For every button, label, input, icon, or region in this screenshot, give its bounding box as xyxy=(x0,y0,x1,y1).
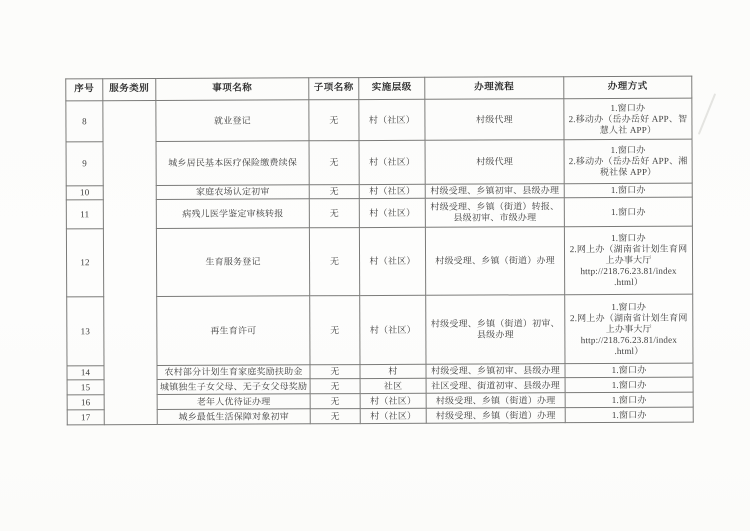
serial-cell: 14 xyxy=(67,366,104,380)
process-cell: 村级代理 xyxy=(425,99,564,141)
level-cell: 村（社区） xyxy=(360,393,426,408)
item-name-cell: 城镇独生子女父母、无子女父母奖励 xyxy=(157,379,310,395)
scanned-page: 序号 服务类别 事项名称 子项名称 实施层级 办理流程 办理方式 8 就业登记 … xyxy=(0,0,750,531)
process-cell: 村级受理、乡镇（街道）转报、 县级初审、市级办理 xyxy=(425,198,564,228)
level-cell: 村 xyxy=(360,364,426,378)
sub-item-cell: 无 xyxy=(310,365,360,379)
sub-item-cell: 无 xyxy=(310,409,360,424)
item-name-cell: 就业登记 xyxy=(156,100,309,142)
category-merged-cell xyxy=(103,100,157,424)
sub-item-cell: 无 xyxy=(309,199,359,228)
method-cell: 1.窗口办 xyxy=(565,407,693,423)
level-cell: 村（社区） xyxy=(359,198,425,227)
header-serial: 序号 xyxy=(66,79,103,101)
sub-item-cell: 无 xyxy=(309,100,359,141)
method-cell: 1.窗口办 xyxy=(565,377,693,393)
table-row: 8 就业登记 无 村（社区） 村级代理 1.窗口办 2.移动办（岳办岳好 APP… xyxy=(66,98,692,142)
scan-artifact-mark xyxy=(698,93,716,135)
serial-cell: 10 xyxy=(66,186,103,200)
serial-cell: 11 xyxy=(66,200,103,229)
process-cell: 村级受理、乡镇（街道）办理 xyxy=(426,408,565,424)
serial-cell: 16 xyxy=(67,395,104,410)
service-items-table: 序号 服务类别 事项名称 子项名称 实施层级 办理流程 办理方式 8 就业登记 … xyxy=(65,76,694,426)
method-cell: 1.窗口办 2.移动办（岳办岳好 APP、湘 税社保 APP） xyxy=(564,139,692,184)
serial-cell: 13 xyxy=(67,297,104,366)
table-row: 11 病残儿医学鉴定审核转报 无 村（社区） 村级受理、乡镇（街道）转报、 县级… xyxy=(66,197,692,229)
header-process-flow: 办理流程 xyxy=(425,77,564,100)
serial-cell: 8 xyxy=(66,101,103,142)
serial-cell: 12 xyxy=(66,229,103,297)
item-name-cell: 农村部分计划生育家庭奖励扶助金 xyxy=(157,365,310,380)
item-name-cell: 城乡居民基本医疗保险缴费续保 xyxy=(156,141,309,186)
method-cell: 1.窗口办 xyxy=(564,197,692,227)
item-name-cell: 再生育许可 xyxy=(157,296,310,366)
method-cell: 1.窗口办 2.网上办（湖南省计划生育网 上办事大厅 http://218.76… xyxy=(565,294,693,364)
level-cell: 村（社区） xyxy=(359,227,425,295)
method-cell: 1.窗口办 xyxy=(565,363,693,378)
method-cell: 1.窗口办 2.移动办（岳办岳好 APP、智 慧人社 APP） xyxy=(564,98,692,140)
table-row: 13 再生育许可 无 村（社区） 村级受理、乡镇（街道）初审、 县级办理 1.窗… xyxy=(67,294,693,366)
level-cell: 村（社区） xyxy=(359,99,425,140)
header-item-name: 事项名称 xyxy=(156,78,309,101)
method-cell: 1.窗口办 xyxy=(565,392,693,408)
level-cell: 村（社区） xyxy=(359,140,425,184)
item-name-cell: 病残儿医学鉴定审核转报 xyxy=(156,199,309,229)
header-category: 服务类别 xyxy=(103,78,156,100)
method-cell: 1.窗口办 2.网上办（湖南省计划生育网 上办事大厅 http://218.76… xyxy=(564,226,692,295)
header-sub-item-name: 子项名称 xyxy=(309,78,359,100)
header-handling-method: 办理方式 xyxy=(564,76,692,99)
level-cell: 村（社区） xyxy=(360,408,426,423)
serial-cell: 17 xyxy=(67,410,104,425)
table-row: 12 生育服务登记 无 村（社区） 村级受理、乡镇（街道）办理 1.窗口办 2.… xyxy=(66,226,692,297)
header-row: 序号 服务类别 事项名称 子项名称 实施层级 办理流程 办理方式 xyxy=(66,76,692,101)
item-name-cell: 家庭农场认定初审 xyxy=(156,185,309,200)
service-items-table-container: 序号 服务类别 事项名称 子项名称 实施层级 办理流程 办理方式 8 就业登记 … xyxy=(65,76,693,426)
header-implementation-level: 实施层级 xyxy=(359,77,425,99)
process-cell: 村级受理、乡镇（街道）办理 xyxy=(425,227,564,296)
serial-cell: 15 xyxy=(67,380,104,395)
process-cell: 村级受理、乡镇初审、县级办理 xyxy=(425,184,564,199)
process-cell: 村级受理、乡镇（街道）办理 xyxy=(426,393,565,409)
item-name-cell: 生育服务登记 xyxy=(156,228,309,297)
level-cell: 村（社区） xyxy=(360,295,426,364)
sub-item-cell: 无 xyxy=(309,228,359,296)
sub-item-cell: 无 xyxy=(310,394,360,409)
sub-item-cell: 无 xyxy=(310,296,360,365)
item-name-cell: 老年人优待证办理 xyxy=(157,394,310,410)
table-row: 9 城乡居民基本医疗保险缴费续保 无 村（社区） 村级代理 1.窗口办 2.移动… xyxy=(66,139,692,186)
sub-item-cell: 无 xyxy=(310,379,360,394)
table-row: 17 城乡最低生活保障对象初审 无 村（社区） 村级受理、乡镇（街道）办理 1.… xyxy=(67,407,693,425)
process-cell: 村级受理、乡镇（街道）初审、 县级办理 xyxy=(426,295,565,365)
sub-item-cell: 无 xyxy=(309,185,359,199)
process-cell: 村级受理、乡镇初审、县级办理 xyxy=(426,364,565,379)
method-cell: 1.窗口办 xyxy=(564,183,692,198)
serial-cell: 9 xyxy=(66,142,103,186)
process-cell: 社区受理、街道初审、县级办理 xyxy=(426,378,565,394)
sub-item-cell: 无 xyxy=(309,141,359,185)
level-cell: 社区 xyxy=(360,378,426,393)
process-cell: 村级代理 xyxy=(425,140,564,185)
level-cell: 村（社区） xyxy=(359,184,425,198)
item-name-cell: 城乡最低生活保障对象初审 xyxy=(157,409,310,425)
